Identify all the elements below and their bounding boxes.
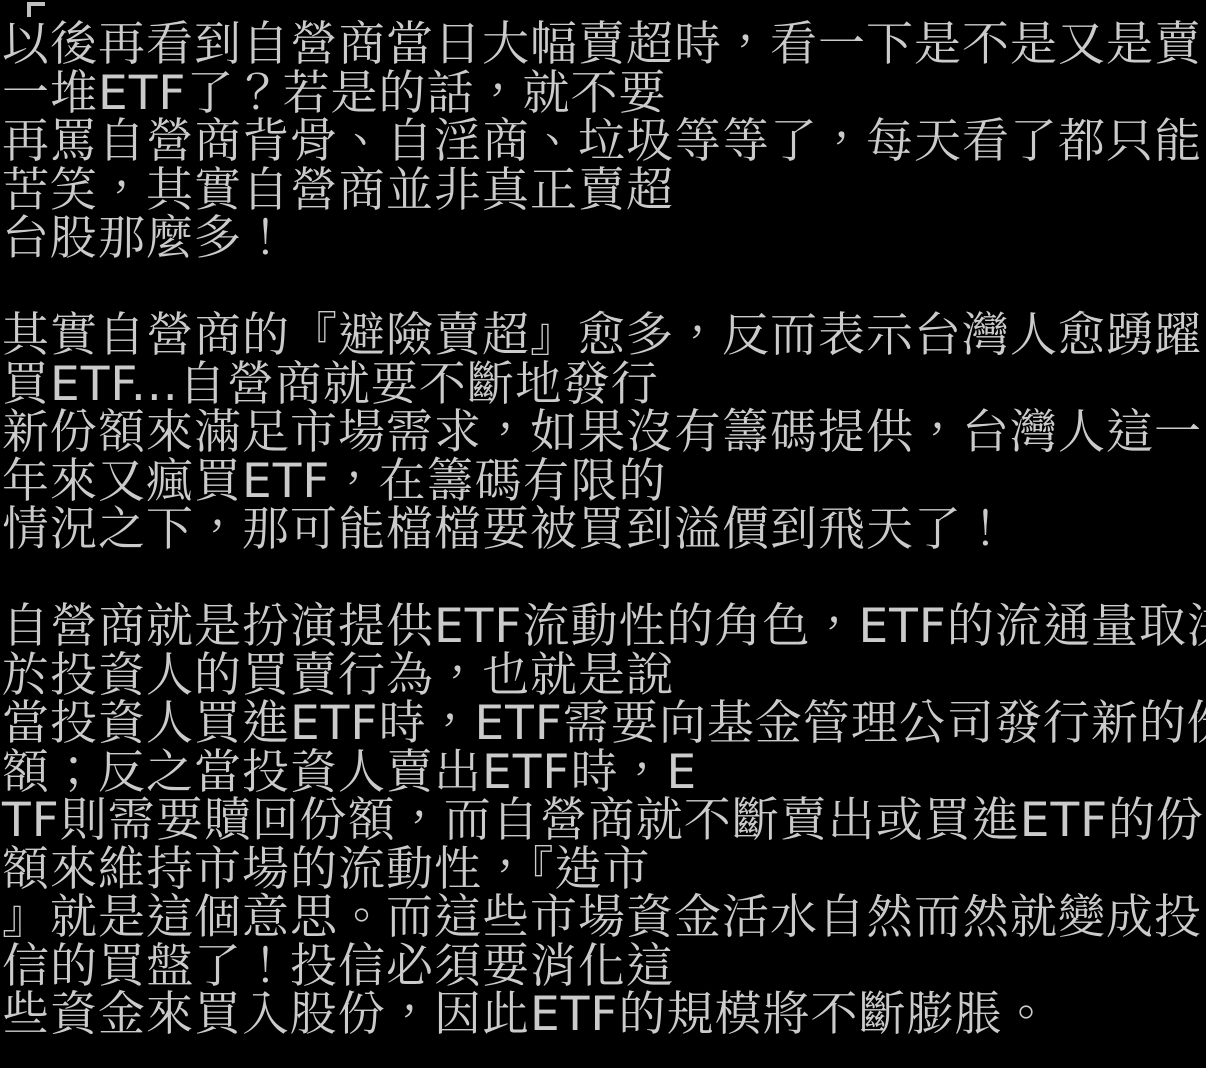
blank-line: [2, 264, 1206, 313]
text-line: 其實自營商的『避險賣超』愈多，反而表示台灣人愈踴躍: [2, 312, 1206, 361]
text-line: TF則需要贖回份額，而自營商就不斷賣出或買進ETF的份: [2, 797, 1206, 846]
text-line: 新份額來滿足市場需求，如果沒有籌碼提供，台灣人這一: [2, 409, 1206, 458]
text-line: 苦笑，其實自營商並非真正賣超: [2, 167, 1206, 216]
text-line: 情況之下，那可能檔檔要被買到溢價到飛天了！: [2, 506, 1206, 555]
text-line: 以後再看到自營商當日大幅賣超時，看一下是不是又是賣: [2, 21, 1206, 70]
text-line: 當投資人買進ETF時，ETF需要向基金管理公司發行新的份: [2, 700, 1206, 749]
text-line: 再罵自營商背骨、自淫商、垃圾等等了，每天看了都只能: [2, 118, 1206, 167]
text-line: 台股那麼多！: [2, 215, 1206, 264]
text-line: 些資金來買入股份，因此ETF的規模將不斷膨脹。: [2, 991, 1206, 1040]
text-body: 以後再看到自營商當日大幅賣超時，看一下是不是又是賣一堆ETF了？若是的話，就不要…: [2, 21, 1206, 1040]
text-line: 年來又瘋買ETF，在籌碼有限的: [2, 458, 1206, 507]
text-line: 買ETF...自營商就要不斷地發行: [2, 361, 1206, 410]
text-line: 額；反之當投資人賣出ETF時，E: [2, 749, 1206, 798]
text-line: 自營商就是扮演提供ETF流動性的角色，ETF的流通量取決: [2, 603, 1206, 652]
clipped-glyph-fragment: [27, 2, 45, 17]
text-line: 』就是這個意思。而這些市場資金活水自然而然就變成投: [2, 894, 1206, 943]
blank-line: [2, 555, 1206, 604]
text-document-page: 以後再看到自營商當日大幅賣超時，看一下是不是又是賣一堆ETF了？若是的話，就不要…: [0, 0, 1206, 1068]
text-line: 額來維持市場的流動性，『造市: [2, 846, 1206, 895]
text-line: 信的買盤了！投信必須要消化這: [2, 943, 1206, 992]
text-line: 一堆ETF了？若是的話，就不要: [2, 70, 1206, 119]
text-line: 於投資人的買賣行為，也就是說: [2, 652, 1206, 701]
